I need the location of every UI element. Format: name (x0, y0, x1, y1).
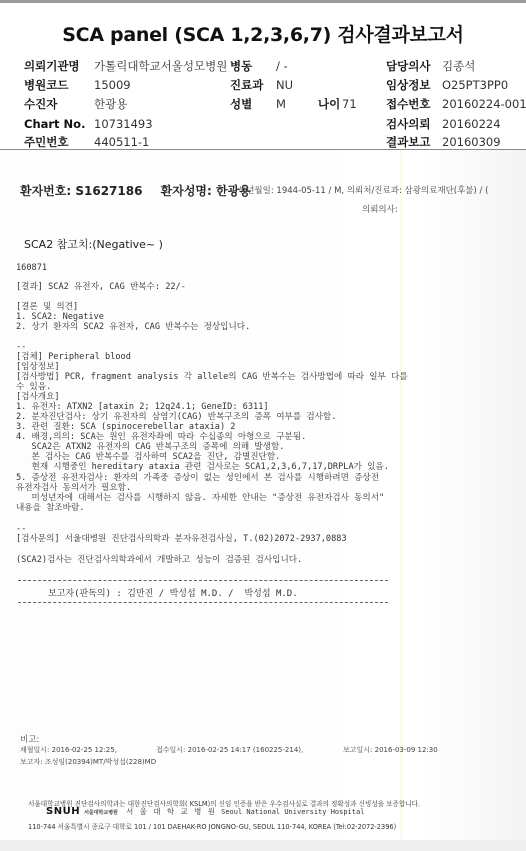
chart-no-label: Chart No. (24, 114, 94, 134)
request-date-value: 20160224 (442, 117, 501, 131)
department-value: NU (276, 78, 293, 92)
patient-name-label: 환자성명: (161, 184, 212, 198)
patient-id-label: 환자번호: (20, 184, 71, 198)
reported-time: 보고일시: 2016-03-09 12:30 (343, 745, 438, 755)
reporter-line: 보고자(판독의) : 김만진 / 박성섭 M.D. / 박성섭 M.D. (48, 586, 298, 599)
request-date-label: 검사의뢰 (386, 114, 442, 134)
clinical-info-label: 임상정보 (386, 75, 442, 95)
top-border (0, 0, 526, 3)
remark-label: 비고: (20, 733, 39, 745)
department-label: 진료과 (230, 75, 276, 95)
patient-id: S1627186 (75, 184, 142, 198)
receipt-no-row: 접수번호20160224-001 (386, 94, 526, 114)
detail-line: 본 검사는 CAG 반복수를 검사하여 SCA2을 진단, 감별진단함. (16, 452, 280, 462)
scan-artifact-line (400, 150, 402, 840)
examinee-label: 수진자 (24, 94, 94, 114)
doctor-value: 김종석 (442, 59, 475, 73)
detail-line: 3. 관련 질환: SCA (spinocerebellar ataxia) 2 (16, 422, 235, 432)
snuh-logo: SNUH (46, 806, 80, 817)
hospital-code-row: 병원코드15009 (24, 75, 131, 95)
conclusion-heading: [결론 및 의견] (16, 302, 78, 312)
doctor-row: 담당의사김종석 (386, 56, 475, 76)
institution-value: 가톨릭대학교서울성모병원 (94, 59, 227, 73)
clinical-info-value: O25PT3PP0 (442, 78, 508, 92)
hospital-name-kr: 서 울 대 학 교 병 원 (126, 807, 217, 816)
dashed-rule-bottom (18, 602, 388, 603)
ward-label: 병동 (230, 56, 276, 76)
department-row: 진료과NU (230, 75, 293, 95)
ward-value: / - (276, 59, 288, 73)
clinical-info-row: 임상정보O25PT3PP0 (386, 75, 508, 95)
conclusion-item: 2. 상기 환자의 SCA2 유전자, CAG 반복수는 정상입니다. (16, 322, 250, 332)
inquiry-line: [검사문의] 서울대병원 진단검사의학과 분자유전검사실, T.(02)2072… (16, 534, 347, 544)
detail-line: [임상정보] (16, 362, 60, 372)
chart-no-row: Chart No.10731493 (24, 114, 153, 134)
hospital-code-value: 15009 (94, 78, 131, 92)
request-date-row: 검사의뢰20160224 (386, 114, 501, 134)
detail-line: 내용을 참조바람. (16, 503, 84, 513)
age-value: 71 (342, 97, 357, 111)
sex-row: 성별M나이71 (230, 94, 357, 114)
sample-number: 160871 (16, 263, 47, 273)
receipt-no-value: 20160224-001 (442, 97, 526, 111)
examinee-row: 수진자한광용 (24, 94, 127, 114)
detail-line: SCA2은 ATXN2 유전자의 CAG 반복구조의 증폭에 의해 발생함. (16, 442, 284, 452)
report-title: SCA panel (SCA 1,2,3,6,7) 검사결과보고서 (0, 20, 526, 47)
detail-line: 유전자검사 동의서가 필요함. (16, 483, 131, 493)
detail-line: 2. 분자진단검사: 상기 유전자의 삼염기(CAG) 반복구조의 증폭 여부를… (16, 412, 336, 422)
snuh-logo-sub: 서울대학교병원 (84, 810, 118, 816)
separator: -- (16, 524, 26, 534)
detail-line: 4. 배경,의의: SCA는 원인 유전자좌에 따라 수십종의 아형으로 구분됨… (16, 432, 306, 442)
detail-line: [검체] Peripheral blood (16, 352, 131, 362)
patient-line: 환자번호: S1627186 환자성명: 한광용 (20, 182, 251, 199)
reference-value: SCA2 참고치:(Negative~ ) (24, 236, 163, 252)
age-label: 나이 (318, 94, 342, 114)
ward-row: 병동/ - (230, 56, 288, 76)
address-line: 110-744 서울특별시 종로구 대학로 101 / 101 DAEHAK-R… (28, 821, 396, 831)
bottom-border (0, 840, 526, 851)
examinee-value: 한광용 (94, 97, 127, 111)
dashed-rule-top (18, 580, 388, 581)
hospital-name-en: Seoul National University Hospital (221, 808, 364, 816)
hospital-logo-line: SNUH서울대학교병원 서 울 대 학 교 병 원 Seoul National… (46, 806, 364, 817)
detail-line: 미성년자에 대해서는 검사를 시행하지 않음. 자세한 안내는 "증상전 유전자… (16, 493, 384, 503)
institution-label: 의뢰기관명 (24, 56, 94, 76)
received-time: 접수일시: 2016-02-25 14:17 (160225-214), (156, 745, 303, 755)
sex-value: M (276, 94, 318, 114)
sex-label: 성별 (230, 94, 276, 114)
chart-no-value: 10731493 (94, 117, 153, 131)
separator: -- (16, 342, 26, 352)
detail-line: [검사방법] PCR, fragment analysis 각 allele의 … (16, 372, 408, 382)
institution-row: 의뢰기관명가톨릭대학교서울성모병원 (24, 56, 227, 76)
collected-time: 채혈일시: 2016-02-25 12:25, (20, 745, 117, 755)
receipt-no-label: 접수번호 (386, 94, 442, 114)
validation-line: (SCA2)검사는 진단검사의학과에서 개발하고 성능이 검증된 검사입니다. (16, 555, 302, 565)
birth-line: 생년월일: 1944-05-11 / M, 의뢰처/진료과: 삼광의료재단(후불… (238, 184, 488, 196)
report-date-value: 20160309 (442, 135, 501, 149)
doctor-label: 담당의사 (386, 56, 442, 76)
conclusion-item: 1. SCA2: Negative (16, 312, 104, 322)
detail-line: 1. 유전자: ATXN2 [ataxin 2; 12q24.1; GeneID… (16, 402, 269, 412)
detail-line: 5. 증상전 유전자검사: 환자의 가족중 증상이 없는 성인에서 본 검사를 … (16, 473, 379, 483)
detail-line: [검사개요] (16, 392, 60, 402)
resident-no-value: 440511-1 (94, 135, 149, 149)
detail-line: 수 있음. (16, 382, 51, 392)
hospital-code-label: 병원코드 (24, 75, 94, 95)
detail-line: 현재 시행중인 hereditary ataxia 관련 검사로는 SCA1,2… (16, 462, 389, 472)
reporters-line: 보고자: 조성임(20394)MT/박성섭(228)MD (20, 757, 156, 767)
requesting-doctor: 의뢰의사: (362, 203, 398, 215)
result-line: [결과] SCA2 유전자, CAG 반복수: 22/- (16, 282, 186, 292)
